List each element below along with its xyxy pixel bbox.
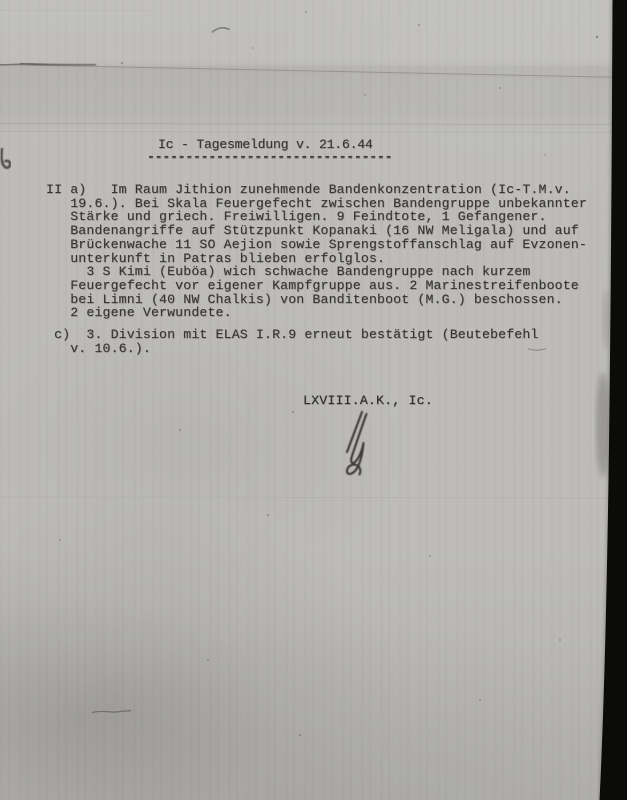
typewritten-line: c) 3. Division mit ELAS I.R.9 erneut bes… bbox=[46, 328, 539, 342]
typewritten-line: Bandenangriffe auf Stützpunkt Kopanaki (… bbox=[46, 224, 587, 238]
scanner-edge-black-band bbox=[600, 0, 627, 800]
typewritten-line: v. 10.6.). bbox=[46, 342, 539, 356]
scanned-report-page: Ic - Tagesmeldung v. 21.6.44 -----------… bbox=[0, 0, 627, 800]
paragraph-II-a: II a) Im Raum Jithion zunehmende Bandenk… bbox=[46, 183, 587, 320]
scratch-mark bbox=[92, 711, 131, 713]
pencil-mark bbox=[212, 28, 230, 33]
typewritten-line: Feuergefecht vor eigener Kampfgruppe aus… bbox=[46, 279, 587, 293]
typewritten-line: 2 eigene Verwundete. bbox=[46, 306, 587, 320]
typewritten-line: bei Limni (40 NW Chalkis) von Banditenbo… bbox=[46, 293, 587, 307]
typewritten-line: II a) Im Raum Jithion zunehmende Bandenk… bbox=[46, 183, 587, 197]
crease-fold-line bbox=[0, 64, 627, 80]
dust-specks bbox=[59, 11, 598, 736]
typewritten-line: Brückenwache 11 SO Aejion sowie Sprengst… bbox=[46, 238, 587, 252]
edge-shadow-smudge bbox=[596, 0, 613, 800]
typewritten-line: 3 S Kimi (Euböa) wich schwache Bandengru… bbox=[46, 265, 587, 279]
title-underline: -------------------------------- bbox=[147, 150, 392, 164]
typewritten-line: 19.6.). Bei Skala Feuergefecht zwischen … bbox=[46, 197, 587, 211]
paragraph-c: c) 3. Division mit ELAS I.R.9 erneut bes… bbox=[46, 328, 539, 355]
left-edge-ink-mark bbox=[1, 148, 10, 168]
typewritten-line: Stärke und griech. Freiwilligen. 9 Feind… bbox=[46, 210, 587, 224]
unit-signature-line: LXVIII.A.K., Ic. bbox=[303, 394, 433, 408]
handwritten-signature bbox=[347, 412, 367, 475]
typewritten-line: unterkunft in Patras blieben erfolglos. bbox=[46, 252, 587, 266]
